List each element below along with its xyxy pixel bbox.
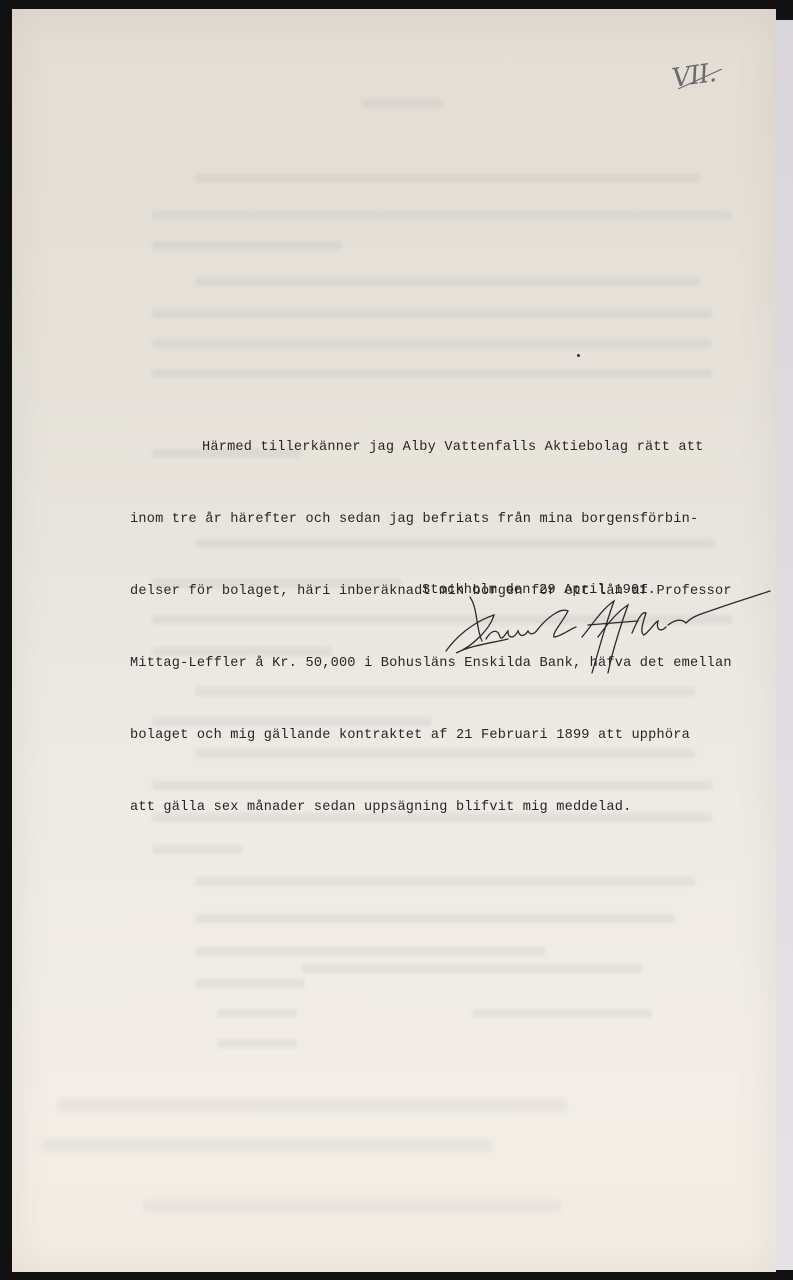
ink-speck [577, 354, 580, 357]
document-page: VII. Härmed tillerkänner jag Alby Vatten… [12, 9, 776, 1272]
folio-number: VII. [670, 58, 717, 94]
paragraph-line: bolaget och mig gällande kontraktet af 2… [130, 724, 780, 748]
handwritten-signature [442, 589, 772, 679]
paragraph-line: Härmed tillerkänner jag Alby Vattenfalls… [130, 436, 780, 460]
paragraph-line: att gälla sex månader sedan uppsägning b… [130, 796, 780, 820]
paragraph-line: inom tre år härefter och sedan jag befri… [130, 508, 780, 532]
